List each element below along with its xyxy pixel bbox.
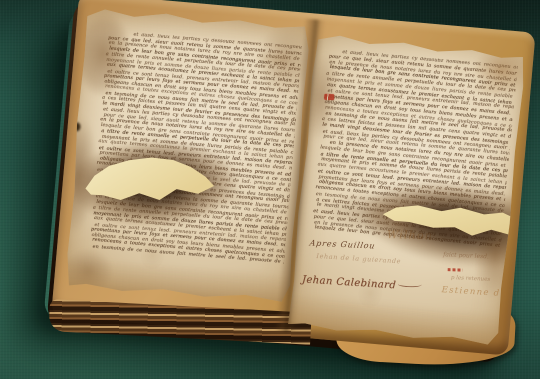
left-page: et ausd. lieux les parties cy dessoubz n… <box>63 5 312 306</box>
tear-left <box>78 148 230 218</box>
manuscript-book: et ausd. lieux les parties cy dessoubz n… <box>46 0 535 364</box>
signature-flourish: Apres Guillou <box>309 239 376 251</box>
signature-jehan-calebinard: Jehan Calebinard <box>302 274 423 293</box>
signature-right-tiny: p les retenues <box>451 275 491 283</box>
signature-faint: Iehan de la guierande <box>316 252 401 265</box>
manuscript-photo: et ausd. lieux les parties cy dessoubz n… <box>0 0 540 379</box>
right-page: et ausd. lieux les parties cy dessoubz n… <box>285 30 528 348</box>
rubric-mark <box>324 94 334 100</box>
